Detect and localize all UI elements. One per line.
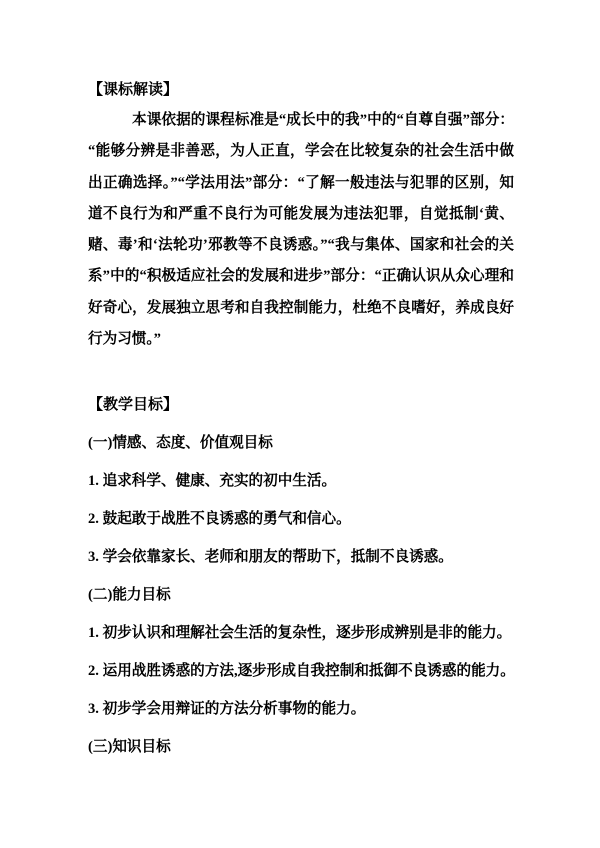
objective-affective-item-2: 2. 鼓起敢于战胜不良诱惑的勇气和信心。 [88,509,514,529]
objective-affective-item-1: 1. 追求科学、健康、充实的初中生活。 [88,471,514,491]
objective-ability-item-3: 3. 初步学会用辩证的方法分析事物的能力。 [88,699,514,719]
objective-category-ability: (二)能力目标 [88,585,514,605]
teaching-objectives-heading: 【教学目标】 [88,395,514,415]
objective-category-knowledge: (三)知识目标 [88,737,514,757]
objective-category-affective: (一)情感、态度、价值观目标 [88,433,514,453]
objective-ability-item-1: 1. 初步认识和理解社会生活的复杂性，逐步形成辨别是非的能力。 [88,623,514,643]
curriculum-standard-paragraph: 本课依据的课程标准是“成长中的我”中的“自尊自强”部分：“能够分辨是非善恶，为人… [88,105,514,355]
objective-ability-item-2: 2. 运用战胜诱惑的方法,逐步形成自我控制和抵御不良诱惑的能力。 [88,661,514,681]
objective-affective-item-3: 3. 学会依靠家长、老师和朋友的帮助下，抵制不良诱惑。 [88,547,514,567]
curriculum-standard-heading: 【课标解读】 [88,80,514,100]
document-page: 【课标解读】 本课依据的课程标准是“成长中的我”中的“自尊自强”部分：“能够分辨… [0,0,600,848]
document-content: 【课标解读】 本课依据的课程标准是“成长中的我”中的“自尊自强”部分：“能够分辨… [88,80,514,757]
